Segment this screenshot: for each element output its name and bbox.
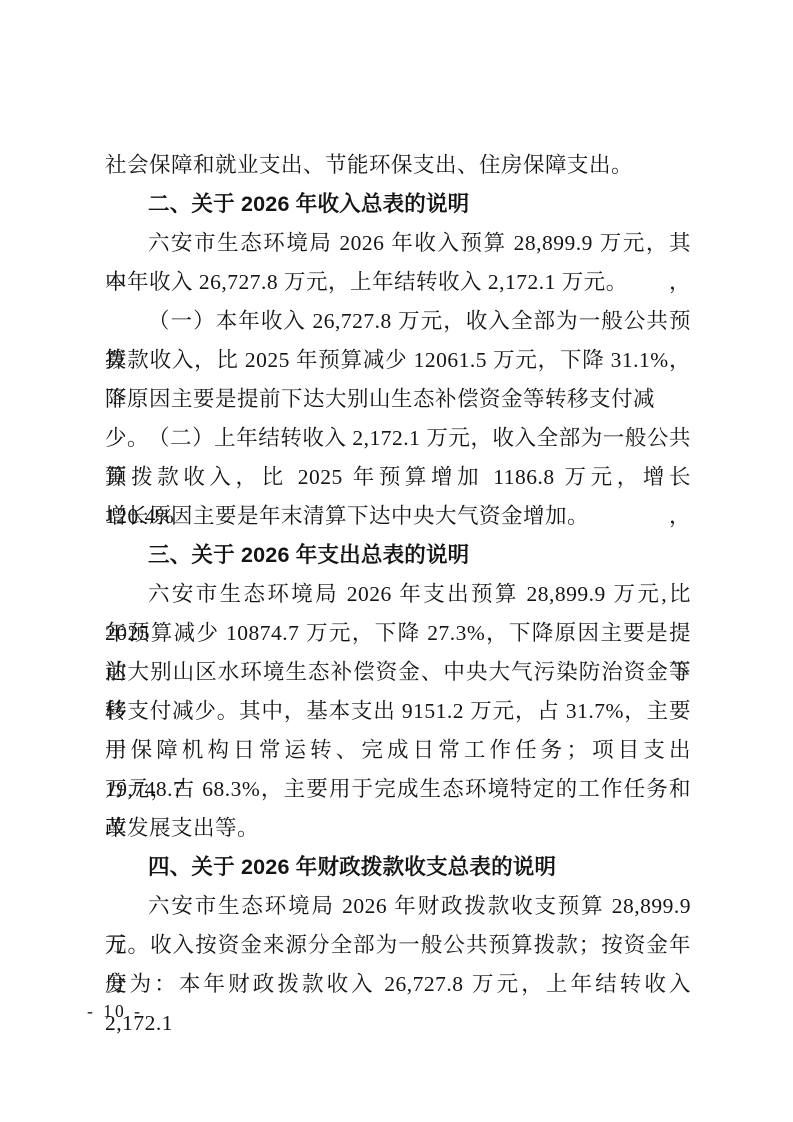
paragraph-line: 于保障机构日常运转、完成日常工作任务；项目支出 19,748.7 (105, 731, 691, 770)
paragraph-line: 年预算减少 10874.7 万元，下降 27.3%，下降原因主要是提前下 (105, 614, 691, 653)
paragraph-line: 六安市生态环境局 2026 年支出预算 28,899.9 万元,比 2025 (105, 575, 691, 614)
paragraph-line: 革发展支出等。 (105, 809, 691, 848)
document-body: 社会保障和就业支出、节能环保支出、住房保障支出。 二、关于 2026 年收入总表… (105, 146, 691, 1004)
section-heading: 四、关于 2026 年财政拨款收支总表的说明 (105, 848, 691, 887)
paragraph-line: 本年收入 26,727.8 万元，上年结转收入 2,172.1 万元。 (105, 263, 691, 302)
section-heading: 三、关于 2026 年支出总表的说明 (105, 536, 691, 575)
paragraph-line: 元。收入按资金来源分全部为一般公共预算拨款；按资金年度 (105, 926, 691, 965)
paragraph-line: 移支付减少。其中，基本支出 9151.2 万元，占 31.7%，主要用 (105, 692, 691, 731)
page-number: - 10 - (87, 999, 143, 1023)
paragraph-line: 六安市生态环境局 2026 年财政拨款收支预算 28,899.9 万 (105, 887, 691, 926)
paragraph-line: （二）上年结转收入 2,172.1 万元，收入全部为一般公共预 (105, 419, 691, 458)
section-heading: 二、关于 2026 年收入总表的说明 (105, 185, 691, 224)
paragraph-line: 万元，占 68.3%，主要用于完成生态环境特定的工作任务和改 (105, 770, 691, 809)
paragraph-line: 降原因主要是提前下达大别山生态补偿资金等转移支付减少。 (105, 380, 691, 419)
paragraph-line: （一）本年收入 26,727.8 万元，收入全部为一般公共预算 (105, 302, 691, 341)
paragraph-line: 社会保障和就业支出、节能环保支出、住房保障支出。 (105, 146, 691, 185)
paragraph-line: 达大别山区水环境生态补偿资金、中央大气污染防治资金等转 (105, 653, 691, 692)
paragraph-line: 算拨款收入，比 2025 年预算增加 1186.8 万元，增长 120.4%， (105, 458, 691, 497)
document-page: 社会保障和就业支出、节能环保支出、住房保障支出。 二、关于 2026 年收入总表… (0, 0, 793, 1122)
paragraph-line: 六安市生态环境局 2026 年收入预算 28,899.9 万元，其中， (105, 224, 691, 263)
paragraph-line: 拨款收入，比 2025 年预算减少 12061.5 万元，下降 31.1%，下 (105, 341, 691, 380)
paragraph-line: 分为：本年财政拨款收入 26,727.8 万元，上年结转收入 2,172.1 (105, 965, 691, 1004)
